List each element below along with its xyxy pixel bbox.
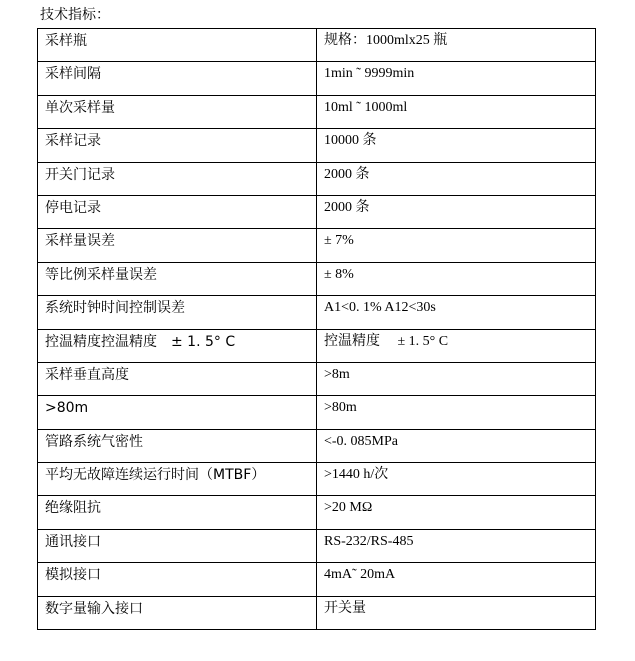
table-row: 模拟接口 4mA˜ 20mA [38,563,596,596]
param-cell: 采样瓶 [38,29,317,62]
param-cell: 平均无故障连续运行时间（MTBF） [38,463,317,496]
value-cell: >80m [317,396,596,429]
param-cell: 绝缘阻抗 [38,496,317,529]
table-row: >80m >80m [38,396,596,429]
table-row: 采样间隔 1min ˜ 9999min [38,62,596,95]
value-cell: >8m [317,362,596,395]
param-cell: 系统时钟时间控制误差 [38,296,317,329]
table-row: 单次采样量 10ml ˜ 1000ml [38,95,596,128]
value-cell: 开关量 [317,596,596,629]
value-cell: RS-232/RS-485 [317,529,596,562]
table-row: 开关门记录 2000 条 [38,162,596,195]
value-cell: A1<0. 1% A12<30s [317,296,596,329]
value-cell: 规格：1000mlx25 瓶 [317,29,596,62]
table-row: 平均无故障连续运行时间（MTBF） >1440 h/次 [38,463,596,496]
value-cell: 10000 条 [317,129,596,162]
value-cell: ± 7% [317,229,596,262]
param-cell: 采样间隔 [38,62,317,95]
value-cell: <-0. 085MPa [317,429,596,462]
value-cell: 10ml ˜ 1000ml [317,95,596,128]
value-cell: 4mA˜ 20mA [317,563,596,596]
param-cell: 数字量输入接口 [38,596,317,629]
param-cell: 单次采样量 [38,95,317,128]
param-cell: 开关门记录 [38,162,317,195]
param-cell: >80m [38,396,317,429]
value-cell: 控温精度 ± 1. 5° C [317,329,596,362]
table-row: 数字量输入接口 开关量 [38,596,596,629]
table-row: 采样量误差 ± 7% [38,229,596,262]
table-row: 等比例采样量误差 ± 8% [38,262,596,295]
table-row: 绝缘阻抗 >20 MΩ [38,496,596,529]
table-row: 采样瓶 规格：1000mlx25 瓶 [38,29,596,62]
table-row: 采样垂直高度 >8m [38,362,596,395]
param-cell: 控温精度控温精度 ± 1. 5° C [38,329,317,362]
table-row: 采样记录 10000 条 [38,129,596,162]
param-cell: 采样记录 [38,129,317,162]
value-cell: 2000 条 [317,162,596,195]
param-cell: 采样垂直高度 [38,362,317,395]
table-row: 管路系统气密性 <-0. 085MPa [38,429,596,462]
value-cell: >20 MΩ [317,496,596,529]
value-cell: >1440 h/次 [317,463,596,496]
table-row: 通讯接口 RS-232/RS-485 [38,529,596,562]
param-cell: 停电记录 [38,195,317,228]
param-cell: 等比例采样量误差 [38,262,317,295]
table-row: 系统时钟时间控制误差 A1<0. 1% A12<30s [38,296,596,329]
document-title: 技术指标： [40,6,110,24]
param-cell: 模拟接口 [38,563,317,596]
value-cell: ± 8% [317,262,596,295]
param-cell: 管路系统气密性 [38,429,317,462]
spec-table: 采样瓶 规格：1000mlx25 瓶 采样间隔 1min ˜ 9999min 单… [37,28,596,630]
param-cell: 通讯接口 [38,529,317,562]
value-cell: 1min ˜ 9999min [317,62,596,95]
param-cell: 采样量误差 [38,229,317,262]
table-row: 停电记录 2000 条 [38,195,596,228]
value-cell: 2000 条 [317,195,596,228]
table-row: 控温精度控温精度 ± 1. 5° C 控温精度 ± 1. 5° C [38,329,596,362]
